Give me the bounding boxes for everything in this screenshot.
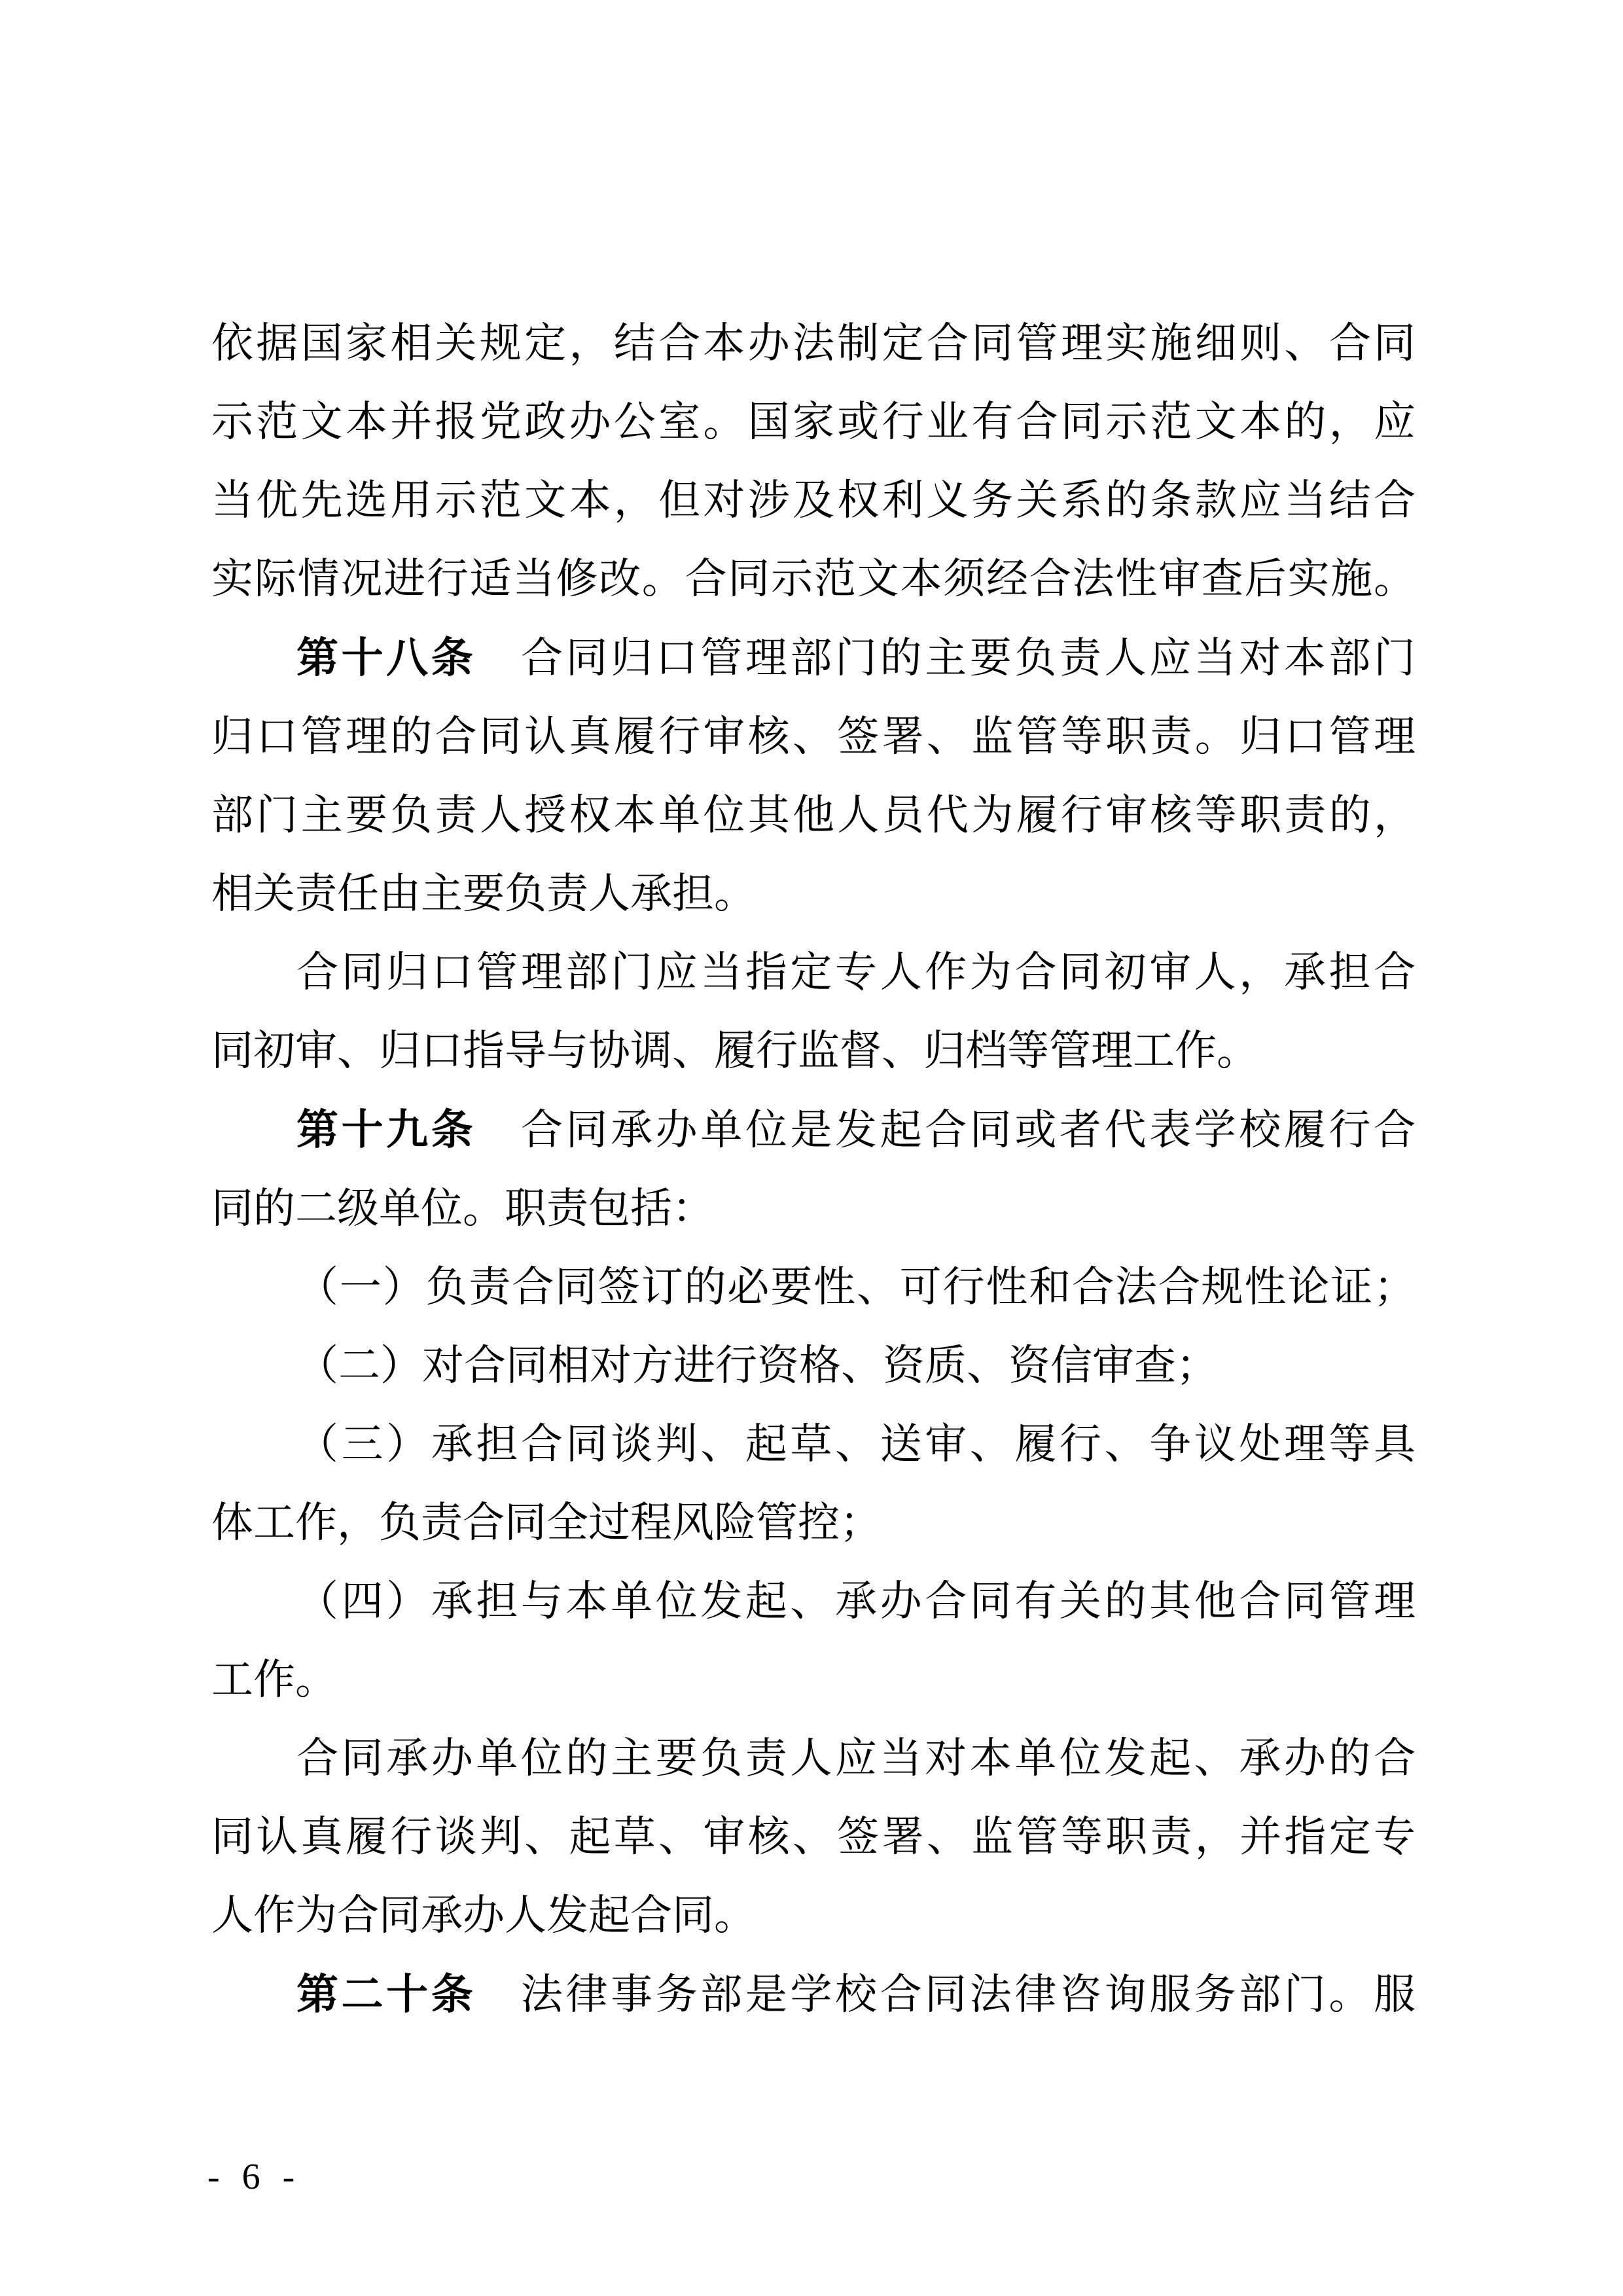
text-line: （二）对合同相对方进行资格、资质、资信审查； [211, 1327, 1416, 1405]
text-line: 相关责任由主要负责人承担。 [211, 855, 1416, 933]
text-line: 体工作，负责合同全过程风险管控； [211, 1484, 1416, 1562]
text-line: 当优先选用示范文本，但对涉及权利义务关系的条款应当结合 [211, 461, 1416, 540]
text-line: 依据国家相关规定，结合本办法制定合同管理实施细则、合同 [211, 304, 1416, 383]
text-line: （一）负责合同签订的必要性、可行性和合法合规性论证； [211, 1248, 1416, 1327]
article-number: 第十九条 [296, 1106, 476, 1153]
article-number: 第十八条 [296, 634, 476, 681]
text-line: 实际情况进行适当修改。合同示范文本须经合法性审查后实施。 [211, 540, 1416, 619]
text-line: 合同承办单位的主要负责人应当对本单位发起、承办的合 [211, 1719, 1416, 1798]
text-line: 同的二级单位。职责包括： [211, 1170, 1416, 1248]
article-line: 第二十条 法律事务部是学校合同法律咨询服务部门。服 [211, 1955, 1416, 2034]
article-line: 第十八条 合同归口管理部门的主要负责人应当对本部门 [211, 619, 1416, 698]
text-line: 同初审、归口指导与协调、履行监督、归档等管理工作。 [211, 1012, 1416, 1090]
text-line: 归口管理的合同认真履行审核、签署、监管等职责。归口管理 [211, 698, 1416, 776]
document-page: 依据国家相关规定，结合本办法制定合同管理实施细则、合同示范文本并报党政办公室。国… [0, 0, 1623, 2296]
text-line: 工作。 [211, 1641, 1416, 1719]
text-line: （三）承担合同谈判、起草、送审、履行、争议处理等具 [211, 1405, 1416, 1484]
text-line: 人作为合同承办人发起合同。 [211, 1876, 1416, 1955]
text-line: 部门主要负责人授权本单位其他人员代为履行审核等职责的， [211, 776, 1416, 855]
text-line: 合同归口管理部门应当指定专人作为合同初审人，承担合 [211, 933, 1416, 1012]
document-body: 依据国家相关规定，结合本办法制定合同管理实施细则、合同示范文本并报党政办公室。国… [211, 304, 1416, 2034]
article-line: 第十九条 合同承办单位是发起合同或者代表学校履行合 [211, 1090, 1416, 1170]
text-line: （四）承担与本单位发起、承办合同有关的其他合同管理 [211, 1562, 1416, 1641]
text-line: 示范文本并报党政办公室。国家或行业有合同示范文本的，应 [211, 383, 1416, 461]
article-number: 第二十条 [296, 1971, 476, 2018]
page-number: - 6 - [207, 2157, 301, 2197]
text-line: 同认真履行谈判、起草、审核、签署、监管等职责，并指定专 [211, 1798, 1416, 1876]
